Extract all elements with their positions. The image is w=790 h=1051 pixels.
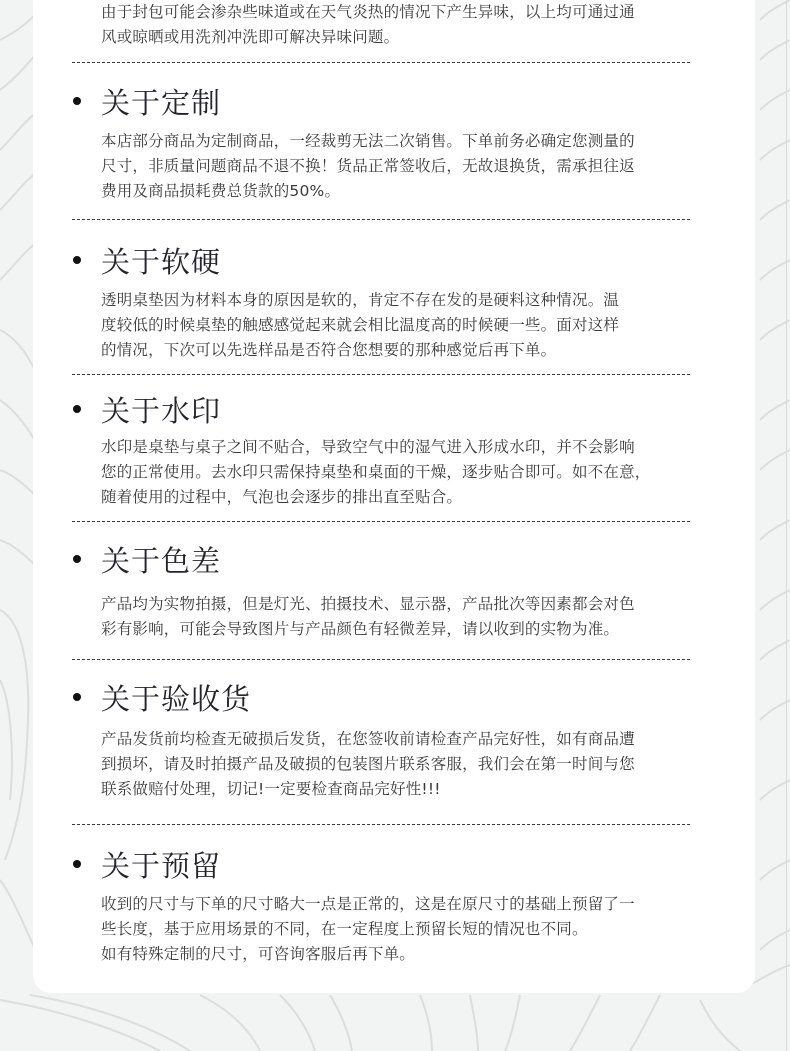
section-divider	[72, 659, 690, 660]
section-title: 关于定制	[101, 81, 221, 122]
text-line: 收到的尺寸与下单的尺寸略大一点是正常的，这是在原尺寸的基础上预留了一	[101, 892, 721, 917]
text-line: 度较低的时候桌垫的触感感觉起来就会相比温度高的时候硬一些。面对这样	[101, 313, 721, 338]
text-line: 到损坏，请及时拍摄产品及破损的包装图片联系客服，我们会在第一时间与您	[101, 752, 721, 777]
section-title: 关于预留	[101, 844, 221, 885]
section-divider	[72, 219, 690, 220]
text-line: 些长度，基于应用场景的不同，在一定程度上预留长短的情况也不同。	[101, 917, 721, 942]
page-edge-line	[786, 0, 787, 1051]
text-line: 的情况，下次可以先选样品是否符合您想要的那种感觉后再下单。	[101, 338, 721, 363]
section-heading-watermark: 关于水印	[72, 389, 221, 429]
section-body: 收到的尺寸与下单的尺寸略大一点是正常的，这是在原尺寸的基础上预留了一 些长度，基…	[72, 892, 721, 967]
bullet-icon	[73, 555, 81, 563]
text-line: 水印是桌垫与桌子之间不贴合，导致空气中的湿气进入形成水印，并不会影响	[101, 435, 741, 460]
section-body: 水印是桌垫与桌子之间不贴合，导致空气中的湿气进入形成水印，并不会影响 您的正常使…	[72, 435, 741, 510]
bullet-icon	[73, 256, 81, 264]
section-heading-softness: 关于软硬	[72, 240, 221, 280]
section-divider	[72, 824, 690, 825]
section-heading-color-difference: 关于色差	[72, 539, 221, 579]
section-divider	[72, 374, 690, 375]
section-title: 关于水印	[101, 389, 221, 430]
text-line: 产品发货前均检查无破损后发货，在您签收前请检查产品完好性，如有商品遭	[101, 727, 721, 752]
section-heading-customization: 关于定制	[72, 81, 221, 121]
bullet-icon	[73, 693, 81, 701]
section-title: 关于色差	[101, 539, 221, 580]
section-divider	[72, 62, 690, 63]
section-divider	[72, 521, 690, 522]
section-body: 产品发货前均检查无破损后发货，在您签收前请检查产品完好性，如有商品遭 到损坏，请…	[72, 727, 721, 802]
text-line: 彩有影响，可能会导致图片与产品颜色有轻微差异，请以收到的实物为准。	[101, 617, 721, 642]
bullet-icon	[73, 860, 81, 868]
section-title: 关于软硬	[101, 240, 221, 281]
section-heading-allowance: 关于预留	[72, 844, 221, 884]
text-line: 风或晾晒或用洗剂冲洗即可解决异味问题。	[101, 25, 721, 50]
text-line: 尺寸，非质量问题商品不退不换！货品正常签收后，无故退换货，需承担往返	[101, 154, 721, 179]
text-line: 费用及商品损耗费总货款的50%。	[101, 179, 721, 204]
text-line: 随着使用的过程中，气泡也会逐步的排出直至贴合。	[101, 485, 741, 510]
section-body: 透明桌垫因为材料本身的原因是软的，肯定不存在发的是硬料这种情况。温 度较低的时候…	[72, 288, 721, 363]
bullet-icon	[73, 97, 81, 105]
section-heading-inspection: 关于验收货	[72, 677, 251, 717]
intro-paragraph: 由于封包可能会渗杂些味道或在天气炎热的情况下产生异味，以上均可通过通 风或晾晒或…	[72, 0, 721, 50]
section-body: 本店部分商品为定制商品，一经裁剪无法二次销售。下单前务必确定您测量的 尺寸，非质…	[72, 129, 721, 204]
text-line: 透明桌垫因为材料本身的原因是软的，肯定不存在发的是硬料这种情况。温	[101, 288, 721, 313]
text-line: 本店部分商品为定制商品，一经裁剪无法二次销售。下单前务必确定您测量的	[101, 129, 721, 154]
text-line: 联系做赔付处理，切记!一定要检查商品完好性!!!	[101, 777, 721, 802]
section-title: 关于验收货	[101, 677, 251, 718]
bullet-icon	[73, 405, 81, 413]
text-line: 由于封包可能会渗杂些味道或在天气炎热的情况下产生异味，以上均可通过通	[101, 0, 721, 25]
text-line: 您的正常使用。去水印只需保持桌垫和桌面的干燥，逐步贴合即可。如不在意，	[101, 460, 741, 485]
text-line: 如有特殊定制的尺寸，可咨询客服后再下单。	[101, 942, 721, 967]
section-body: 产品均为实物拍摄，但是灯光、拍摄技术、显示器，产品批次等因素都会对色 彩有影响，…	[72, 592, 721, 642]
text-line: 产品均为实物拍摄，但是灯光、拍摄技术、显示器，产品批次等因素都会对色	[101, 592, 721, 617]
